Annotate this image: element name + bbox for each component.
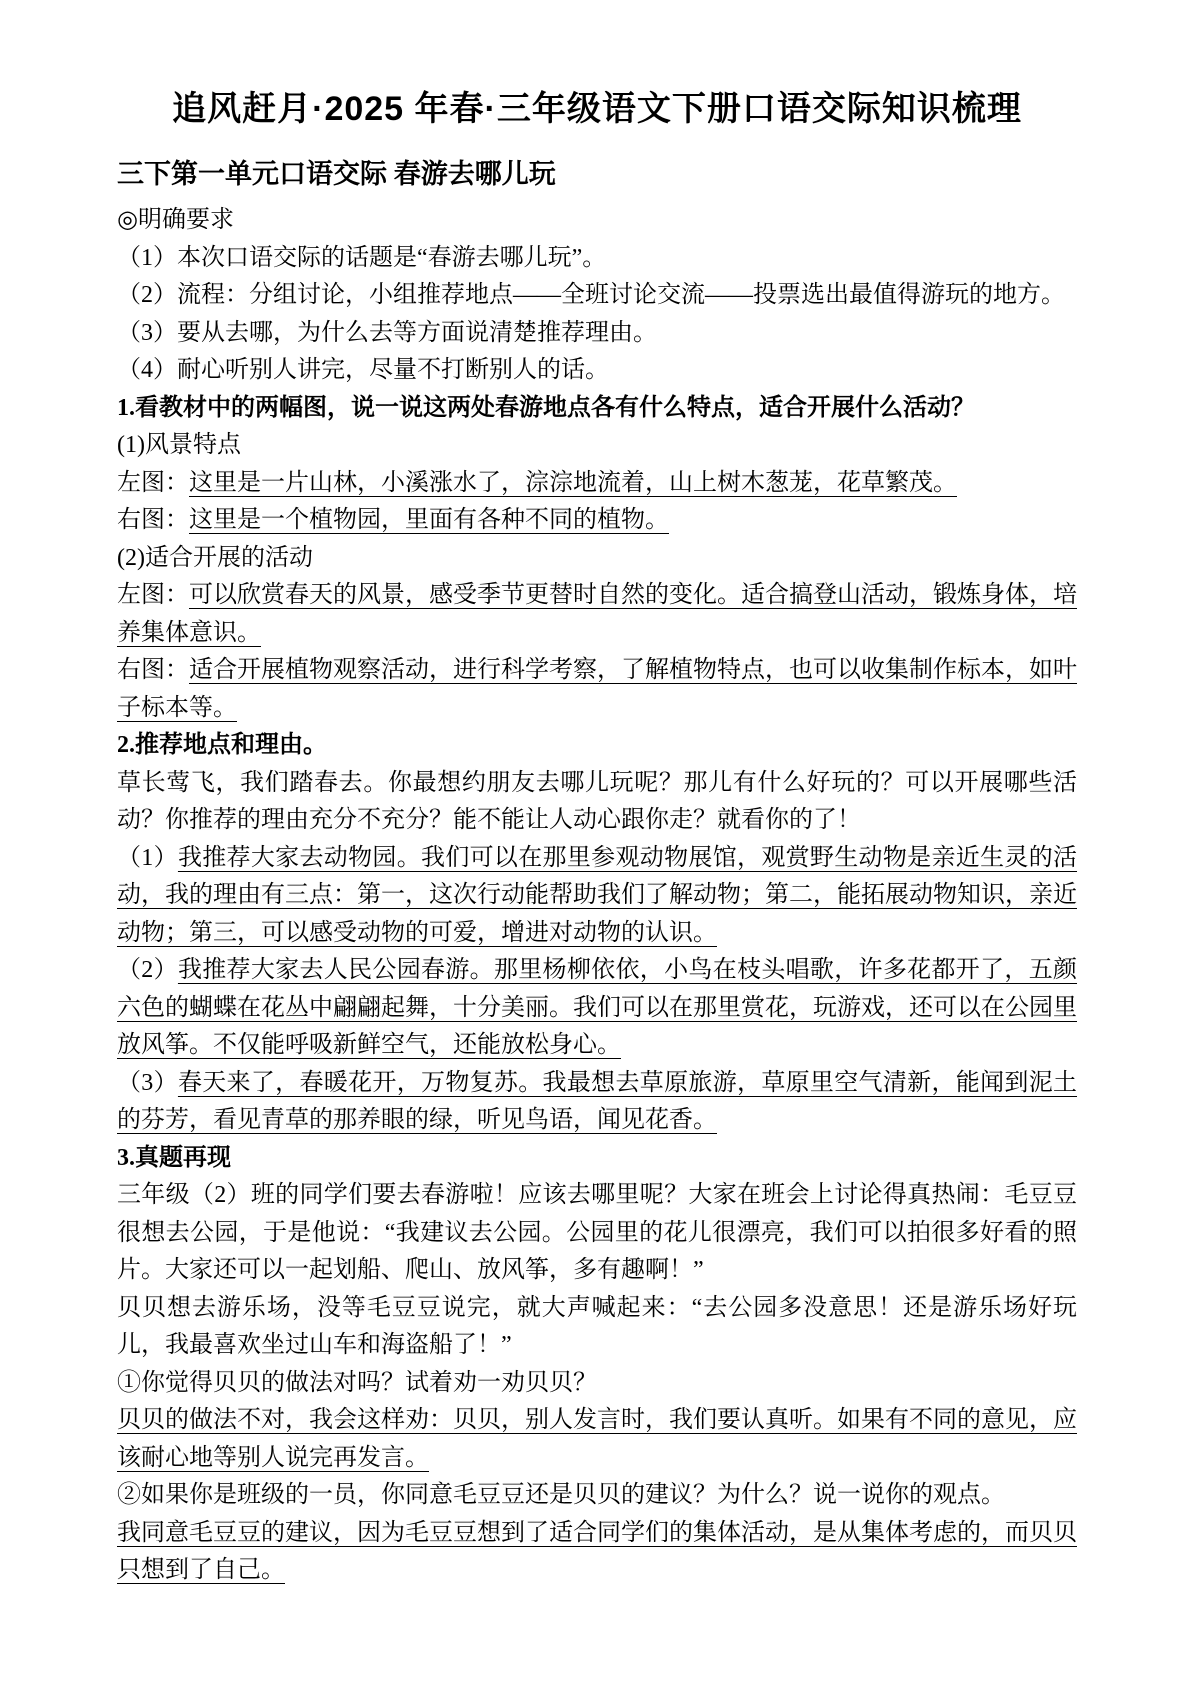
paragraph: 右图：这里是一个植物园，里面有各种不同的植物。: [117, 502, 1077, 540]
paragraph: （2）流程：分组讨论，小组推荐地点——全班讨论交流——投票选出最值得游玩的地方。: [117, 277, 1077, 315]
paragraph: (1)风景特点: [117, 427, 1077, 465]
text-run: 三年级（2）班的同学们要去春游啦！应该去哪里呢？大家在班会上讨论得真热闹：毛豆豆…: [117, 1182, 1077, 1283]
document-content: 三下第一单元口语交际 春游去哪儿玩◎明确要求（1）本次口语交际的话题是“春游去哪…: [117, 154, 1077, 1590]
section-heading: 1.看教材中的两幅图，说一说这两处春游地点各有什么特点，适合开展什么活动？: [117, 390, 1077, 428]
paragraph: ②如果你是班级的一员，你同意毛豆豆还是贝贝的建议？为什么？说一说你的观点。: [117, 1477, 1077, 1515]
paragraph: 右图：适合开展植物观察活动，进行科学考察，了解植物特点，也可以收集制作标本，如叶…: [117, 652, 1077, 727]
text-run: (2)适合开展的活动: [117, 545, 313, 571]
answer-text: 这里是一片山林，小溪涨水了，淙淙地流着，山上树木葱茏，花草繁茂。: [189, 470, 957, 496]
text-run: 草长莺飞，我们踏春去。你最想约朋友去哪儿玩呢？那儿有什么好玩的？可以开展哪些活动…: [117, 770, 1077, 834]
paragraph: （3）要从去哪，为什么去等方面说清楚推荐理由。: [117, 315, 1077, 353]
text-run: （1）本次口语交际的话题是“春游去哪儿玩”。: [117, 245, 606, 271]
text-run: 三下第一单元口语交际 春游去哪儿玩: [117, 159, 556, 189]
paragraph: 草长莺飞，我们踏春去。你最想约朋友去哪儿玩呢？那儿有什么好玩的？可以开展哪些活动…: [117, 765, 1077, 840]
section-heading: 2.推荐地点和理由。: [117, 727, 1077, 765]
document-page: 追风赶月·2025 年春·三年级语文下册口语交际知识梳理 三下第一单元口语交际 …: [0, 0, 1191, 1684]
answer-text: 我同意毛豆豆的建议，因为毛豆豆想到了适合同学们的集体活动，是从集体考虑的，而贝贝…: [117, 1520, 1077, 1584]
paragraph: （2）我推荐大家去人民公园春游。那里杨柳依依，小鸟在枝头唱歌，许多花都开了，五颜…: [117, 952, 1077, 1065]
section-heading: 3.真题再现: [117, 1140, 1077, 1178]
paragraph: （3）春天来了，春暖花开，万物复苏。我最想去草原旅游，草原里空气清新，能闻到泥土…: [117, 1065, 1077, 1140]
text-run: 1.看教材中的两幅图，说一说这两处春游地点各有什么特点，适合开展什么活动？: [117, 395, 975, 421]
paragraph: 三年级（2）班的同学们要去春游啦！应该去哪里呢？大家在班会上讨论得真热闹：毛豆豆…: [117, 1177, 1077, 1290]
paragraph: （1）本次口语交际的话题是“春游去哪儿玩”。: [117, 240, 1077, 278]
paragraph: 贝贝的做法不对，我会这样劝：贝贝，别人发言时，我们要认真听。如果有不同的意见，应…: [117, 1402, 1077, 1477]
text-run: 右图：: [117, 657, 189, 683]
text-run: （2）: [117, 957, 178, 983]
text-run: ◎明确要求: [117, 207, 234, 233]
page-title: 追风赶月·2025 年春·三年级语文下册口语交际知识梳理: [117, 86, 1077, 132]
paragraph: ①你觉得贝贝的做法对吗？试着劝一劝贝贝？: [117, 1365, 1077, 1403]
text-run: （1）: [117, 845, 178, 871]
text-run: ②如果你是班级的一员，你同意毛豆豆还是贝贝的建议？为什么？说一说你的观点。: [117, 1482, 1005, 1508]
answer-text: 这里是一个植物园，里面有各种不同的植物。: [189, 507, 669, 533]
paragraph: （1）我推荐大家去动物园。我们可以在那里参观动物展馆，观赏野生动物是亲近生灵的活…: [117, 840, 1077, 953]
text-run: 2.推荐地点和理由。: [117, 732, 327, 758]
text-run: 右图：: [117, 507, 189, 533]
text-run: （4）耐心听别人讲完，尽量不打断别人的话。: [117, 357, 609, 383]
text-run: （3）要从去哪，为什么去等方面说清楚推荐理由。: [117, 320, 657, 346]
text-run: （3）: [117, 1070, 178, 1096]
paragraph: （4）耐心听别人讲完，尽量不打断别人的话。: [117, 352, 1077, 390]
text-run: 左图：: [117, 582, 189, 608]
unit-heading: 三下第一单元口语交际 春游去哪儿玩: [117, 154, 1077, 194]
answer-text: 春天来了，春暖花开，万物复苏。我最想去草原旅游，草原里空气清新，能闻到泥土的芬芳…: [117, 1070, 1077, 1134]
paragraph: 左图：可以欣赏春天的风景，感受季节更替时自然的变化。适合搞登山活动，锻炼身体，培…: [117, 577, 1077, 652]
text-run: （2）流程：分组讨论，小组推荐地点——全班讨论交流——投票选出最值得游玩的地方。: [117, 282, 1065, 308]
paragraph: ◎明确要求: [117, 202, 1077, 240]
answer-text: 适合开展植物观察活动，进行科学考察，了解植物特点，也可以收集制作标本，如叶子标本…: [117, 657, 1077, 721]
text-run: 贝贝想去游乐场，没等毛豆豆说完，就大声喊起来：“去公园多没意思！还是游乐场好玩儿…: [117, 1295, 1077, 1359]
text-run: 3.真题再现: [117, 1145, 231, 1171]
paragraph: 贝贝想去游乐场，没等毛豆豆说完，就大声喊起来：“去公园多没意思！还是游乐场好玩儿…: [117, 1290, 1077, 1365]
answer-text: 我推荐大家去人民公园春游。那里杨柳依依，小鸟在枝头唱歌，许多花都开了，五颜六色的…: [117, 957, 1077, 1058]
answer-text: 贝贝的做法不对，我会这样劝：贝贝，别人发言时，我们要认真听。如果有不同的意见，应…: [117, 1407, 1077, 1471]
text-run: (1)风景特点: [117, 432, 241, 458]
answer-text: 我推荐大家去动物园。我们可以在那里参观动物展馆，观赏野生动物是亲近生灵的活动，我…: [117, 845, 1077, 946]
text-run: 左图：: [117, 470, 189, 496]
text-run: ①你觉得贝贝的做法对吗？试着劝一劝贝贝？: [117, 1370, 597, 1396]
answer-text: 可以欣赏春天的风景，感受季节更替时自然的变化。适合搞登山活动，锻炼身体，培养集体…: [117, 582, 1077, 646]
paragraph: (2)适合开展的活动: [117, 540, 1077, 578]
paragraph: 我同意毛豆豆的建议，因为毛豆豆想到了适合同学们的集体活动，是从集体考虑的，而贝贝…: [117, 1515, 1077, 1590]
paragraph: 左图：这里是一片山林，小溪涨水了，淙淙地流着，山上树木葱茏，花草繁茂。: [117, 465, 1077, 503]
